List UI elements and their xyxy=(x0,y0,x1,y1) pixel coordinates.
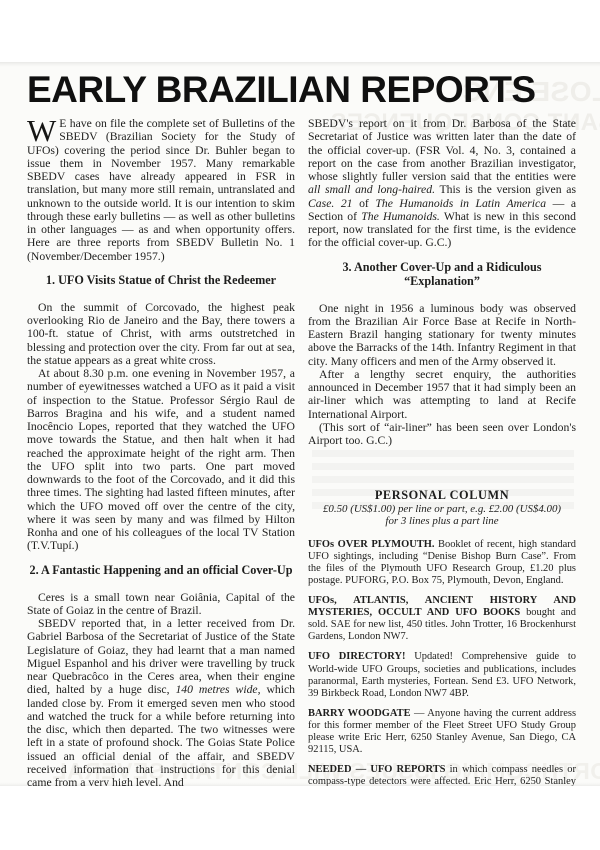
section-1-para-2: At about 8.30 p.m. one evening in Novemb… xyxy=(27,367,295,553)
continuation-text-3: of xyxy=(353,197,376,210)
scanned-magazine-page: { "title": "EARLY BRAZILIAN REPORTS", "b… xyxy=(0,0,600,850)
book-title-italic-2: The Humanoids. xyxy=(361,210,440,223)
scanned-page-sheet: A CLOSE ENC UNPLEASANT CONSEQUENCES FORT… xyxy=(0,62,600,786)
classified-ad-plymouth: UFOs OVER PLYMOUTH. Booklet of recent, h… xyxy=(308,539,576,587)
classified-ad-ufo-directory: UFO DIRECTORY! Updated! Comprehensive gu… xyxy=(308,651,576,699)
case-number-italic: Case. 21 xyxy=(308,197,353,210)
section-3-heading: 3. Another Cover-Up and a Ridiculous “Ex… xyxy=(308,260,576,288)
section-2-para-2-text-cont: which landed close by. From it emerged s… xyxy=(27,683,295,786)
article-columns: WE have on file the complete set of Bull… xyxy=(27,117,576,786)
right-column: SBEDV's report on it from Dr. Barbosa of… xyxy=(308,117,576,786)
classified-ads: UFOs OVER PLYMOUTH. Booklet of recent, h… xyxy=(308,539,576,786)
personal-column: PERSONAL COLUMN £0.50 (US$1.00) per line… xyxy=(308,489,576,786)
classified-ad-barry-woodgate: BARRY WOODGATE — Anyone having the curre… xyxy=(308,708,576,756)
page-title: EARLY BRAZILIAN REPORTS xyxy=(27,70,536,110)
intro-paragraph: WE have on file the complete set of Bull… xyxy=(27,117,295,263)
classified-ad-needed-reports: NEEDED — UFO REPORTS in which compass ne… xyxy=(308,764,576,786)
intro-paragraph-text: E have on file the complete set of Bulle… xyxy=(27,117,295,263)
rate-line-1: £0.50 (US$1.00) per line or part, e.g. £… xyxy=(308,503,576,516)
section-1-para-1: On the summit of Corcovado, the highest … xyxy=(27,301,295,367)
ad-lead: NEEDED — UFO REPORTS xyxy=(308,764,445,775)
ad-lead: BARRY WOODGATE xyxy=(308,708,411,719)
left-column: WE have on file the complete set of Bull… xyxy=(27,117,295,786)
classified-ad-atlantis-books: UFOs, ATLANTIS, ANCIENT HISTORY AND MYST… xyxy=(308,595,576,643)
section-1-heading: 1. UFO Visits Statue of Christ the Redee… xyxy=(27,273,295,287)
entities-description-italic: all small and long-haired. xyxy=(308,183,435,196)
ad-lead: UFO DIRECTORY! xyxy=(308,651,405,662)
section-2-para-1: Ceres is a small town near Goiânia, Capi… xyxy=(27,591,295,618)
continuation-text: SBEDV's report on it from Dr. Barbosa of… xyxy=(308,117,576,183)
continuation-text-2: This is the version given as xyxy=(435,183,576,196)
section-3-para-3: (This sort of “air-liner” has been seen … xyxy=(308,421,576,448)
section-3-para-2: After a lengthy secret enquiry, the auth… xyxy=(308,368,576,421)
ad-lead: UFOs OVER PLYMOUTH. xyxy=(308,539,434,550)
rate-line-2: for 3 lines plus a part line xyxy=(308,515,576,528)
section-3-para-1: One night in 1956 a luminous body was ob… xyxy=(308,302,576,368)
book-title-italic-1: The Humanoids in Latin America xyxy=(375,197,546,210)
section-2-para-2: SBEDV reported that, in a letter receive… xyxy=(27,617,295,786)
personal-column-heading: PERSONAL COLUMN xyxy=(308,489,576,502)
continuation-paragraph: SBEDV's report on it from Dr. Barbosa of… xyxy=(308,117,576,250)
dropcap-letter: W xyxy=(27,117,59,143)
disc-size-italic: 140 metres wide, xyxy=(175,683,260,696)
section-2-heading: 2. A Fantastic Happening and an official… xyxy=(27,563,295,577)
